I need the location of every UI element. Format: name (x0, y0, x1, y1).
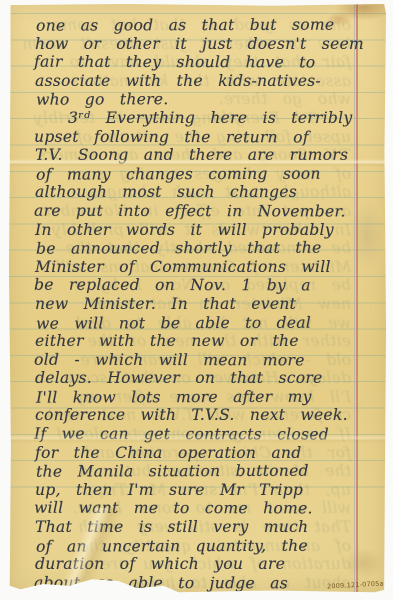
handwriting-line: conference with T.V.S. next week. (35, 406, 365, 425)
handwriting-line: upset following the return of (34, 127, 364, 146)
handwriting-line: delays. However on that score (35, 369, 365, 388)
handwriting-line: we will not be able to deal (36, 313, 366, 333)
letter-page: one as good as that but somehow or other… (9, 4, 386, 594)
handwriting-line: duration of which you are (35, 555, 365, 574)
handwriting-line: although most such changes (35, 183, 365, 202)
handwriting-line: fair that they should have to (34, 53, 364, 72)
handwriting-line: be announced shortly that the (36, 239, 366, 259)
handwriting-line: T.V. Soong and there are rumors (35, 146, 365, 165)
handwriting-line: up, then I'm sure Mr Tripp (35, 481, 365, 500)
handwriting-line: new Minister. In that event (35, 295, 365, 314)
scan-background: one as good as that but somehow or other… (0, 0, 393, 600)
handwriting-line: who go there. (36, 90, 366, 110)
handwriting-line: for the China operation and (35, 444, 365, 463)
handwriting-line: of an uncertain quantity, the (36, 536, 366, 556)
handwriting-line: If we can get contracts closed (34, 425, 364, 444)
handwriting-line: the Manila situation buttoned (36, 462, 366, 482)
handwriting-line: how or other it just doesn't seem (35, 35, 365, 54)
handwriting-line: old - which will mean more (34, 350, 364, 369)
handwriting-line: about as able to judge as (34, 573, 364, 592)
handwriting-line: of many changes coming soon (36, 164, 366, 184)
handwriting-line: either with the new or the (35, 332, 365, 351)
handwriting-line: be replaced on Nov. 1 by a (34, 276, 364, 295)
handwriting-line: Minister of Communications will (35, 258, 365, 277)
handwriting-line: will want me to come home. (34, 499, 364, 518)
handwriting-line: I'll know lots more after my (36, 387, 366, 407)
handwriting-line: are put into effect in November. (34, 202, 364, 221)
handwriting-line: 3ʳᵈ Everything here is terribly (35, 109, 365, 128)
catalog-number: 2009.121-0705a (327, 580, 384, 591)
handwriting-line: That time is still very much (35, 518, 365, 537)
handwriting-line: In other words it will probably (35, 221, 365, 240)
handwriting: one as good as that but somehow or other… (35, 16, 365, 592)
handwriting-line: associate with the kids-natives- (35, 72, 365, 91)
handwriting-line: one as good as that but some (36, 15, 366, 35)
